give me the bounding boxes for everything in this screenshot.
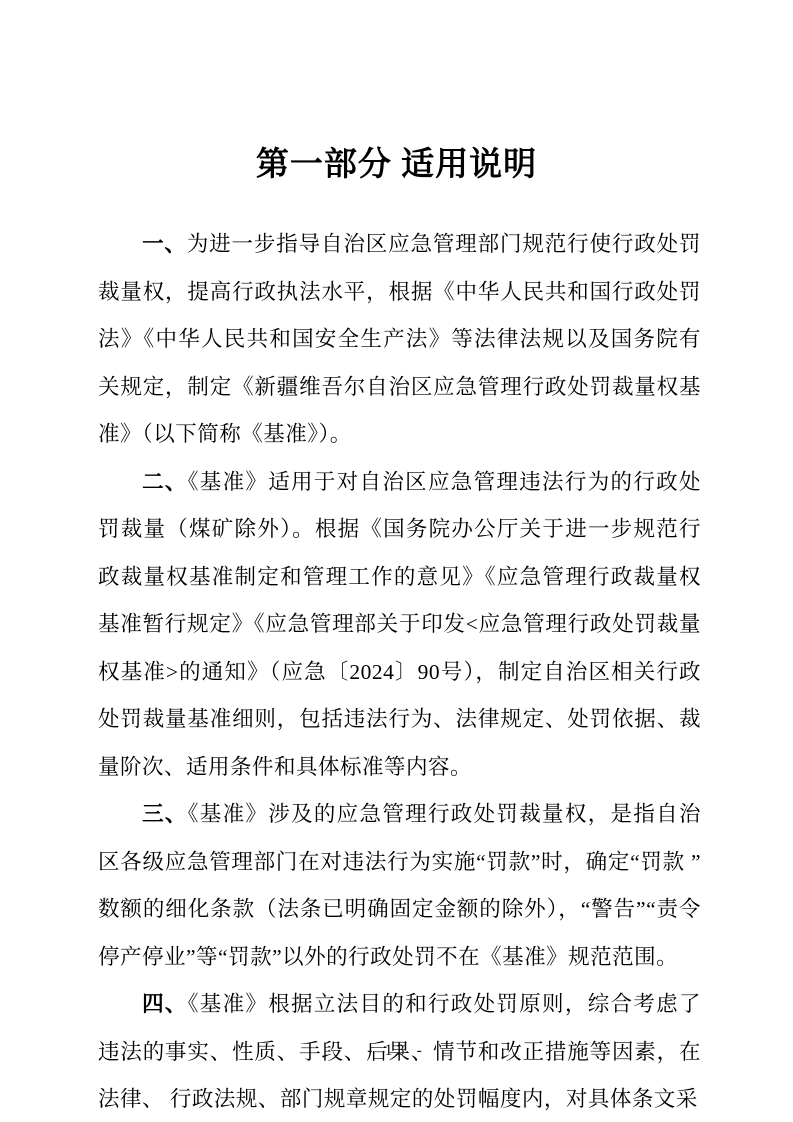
- paragraph-1: 一、为进一步指导自治区应急管理部门规范行使行政处罚裁量权，提高行政执法水平，根据…: [98, 221, 701, 459]
- paragraph-3-text: 《基准》涉及的应急管理行政处罚裁量权，是指自治区各级应急管理部门在对违法行为实施…: [98, 802, 701, 969]
- section-title: 第一部分 适用说明: [0, 138, 793, 185]
- paragraph-1-ordinal: 一、: [142, 232, 187, 256]
- paragraph-4-ordinal: 四、: [142, 992, 188, 1016]
- paragraph-2: 二、《基准》适用于对自治区应急管理违法行为的行政处罚裁量（煤矿除外）。根据《国务…: [98, 459, 701, 792]
- paragraph-2-text: 《基准》适用于对自治区应急管理违法行为的行政处罚裁量（煤矿除外）。根据《国务院办…: [98, 470, 701, 779]
- paragraph-1-text: 为进一步指导自治区应急管理部门规范行使行政处罚裁量权，提高行政执法水平，根据《中…: [98, 232, 701, 446]
- paragraph-3-ordinal: 三、: [142, 802, 188, 826]
- paragraph-2-ordinal: 二、: [142, 470, 188, 494]
- page-footer: - 13 -: [0, 1042, 793, 1060]
- paragraph-3: 三、《基准》涉及的应急管理行政处罚裁量权，是指自治区各级应急管理部门在对违法行为…: [98, 791, 701, 981]
- page-number: - 13 -: [367, 1042, 426, 1059]
- document-body: 一、为进一步指导自治区应急管理部门规范行使行政处罚裁量权，提高行政执法水平，根据…: [98, 221, 701, 1122]
- document-page: 第一部分 适用说明 一、为进一步指导自治区应急管理部门规范行使行政处罚裁量权，提…: [0, 0, 793, 1122]
